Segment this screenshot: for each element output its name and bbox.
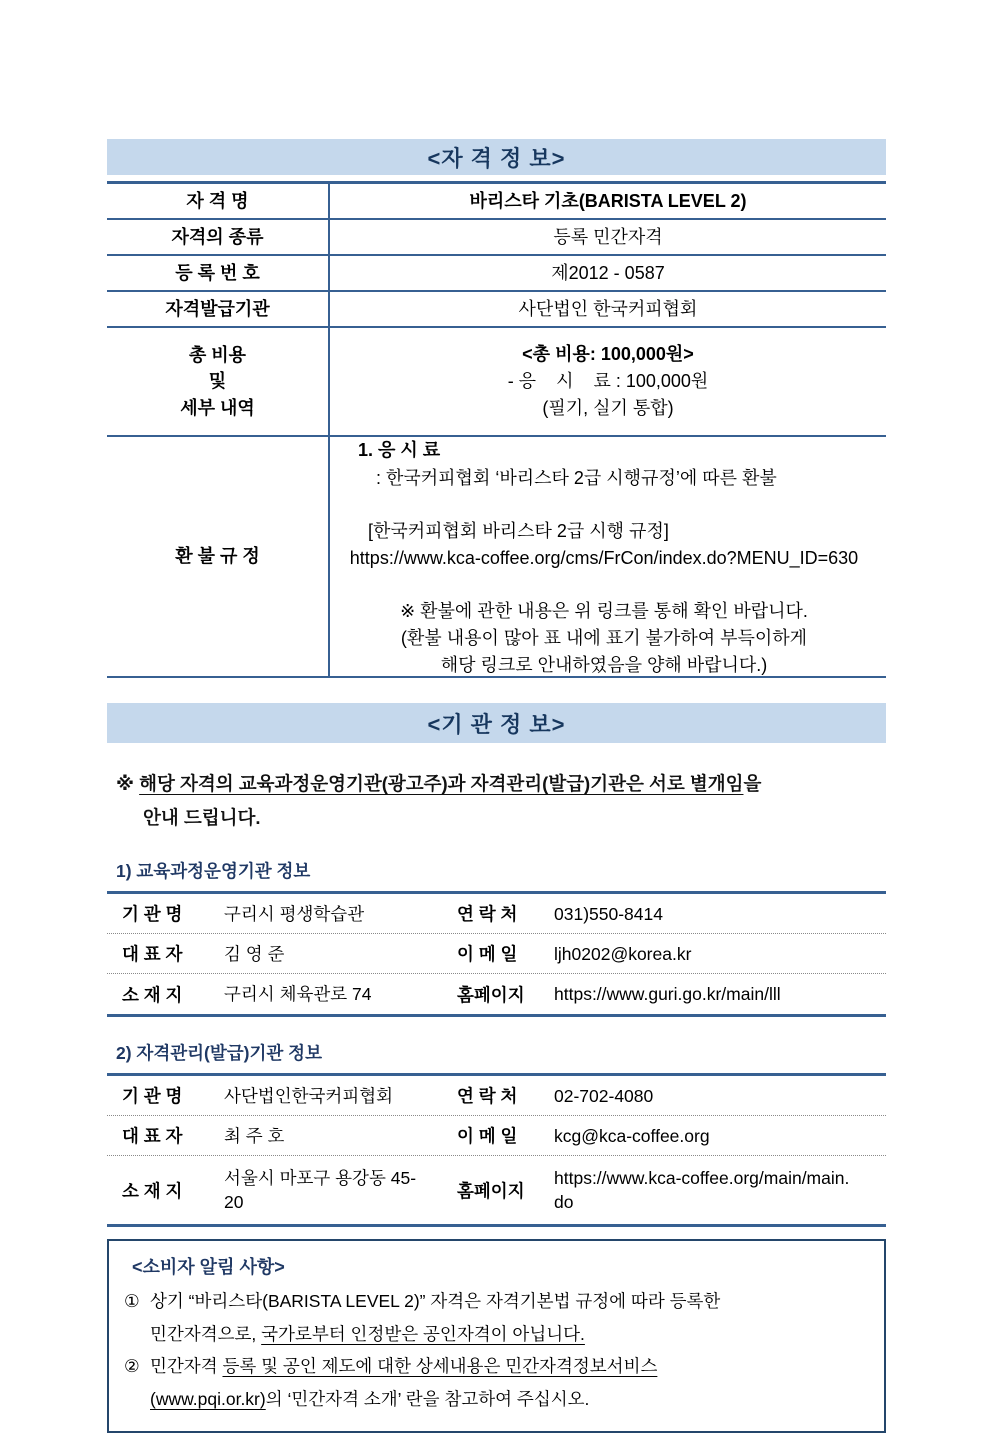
row-label: 자 격 명 [107,184,330,218]
consumer-notice-item-1: ① 상기 “바리스타(BARISTA LEVEL 2)” 자격은 자격기본법 규… [124,1285,866,1350]
consumer-notice-box: <소비자 알림 사항> ① 상기 “바리스타(BARISTA LEVEL 2)”… [107,1239,886,1433]
org-name-label: 기 관 명 [107,901,224,926]
table-row: 소 재 지 구리시 체육관로 74 홈페이지 https://www.guri.… [107,974,886,1014]
consumer-notice-title: <소비자 알림 사항> [124,1253,866,1279]
separate-entities-notice: ※ 해당 자격의 교육과정운영기관(광고주)과 자격관리(발급)기관은 서로 별… [107,767,886,835]
refund-note-line3: 해당 링크로 안내하였음을 양해 바랍니다.) [330,652,878,679]
table-row-qualification-type: 자격의 종류 등록 민간자격 [107,220,886,256]
item2-line2-underlined: (www.pqi.or.kr) [150,1389,266,1409]
notice-marker: ※ [116,773,139,794]
row-value: 바리스타 기초(BARISTA LEVEL 2) [330,184,886,218]
item2-line1-plain: 민간자격 [150,1356,222,1376]
refund-regulation-title: [한국커피협회 바리스타 2급 시행 규정] [368,518,878,545]
representative-label: 대 표 자 [107,1123,224,1148]
representative-value: 최 주 호 [224,1124,457,1149]
table-row-issuing-org: 자격발급기관 사단법인 한국커피협회 [107,292,886,328]
edu-org-table: 기 관 명 구리시 평생학습관 연 락 처 031)550-8414 대 표 자… [107,891,886,1017]
qualification-table: 자 격 명 바리스타 기초(BARISTA LEVEL 2) 자격의 종류 등록… [107,181,886,678]
row-label: 총 비용 및 세부 내역 [107,328,330,435]
table-row: 대 표 자 최 주 호 이 메 일 kcg@kca-coffee.org [107,1116,886,1156]
item1-marker: ① [124,1285,150,1350]
refund-note-line1: ※ 환불에 관한 내용은 위 링크를 통해 확인 바랍니다. [330,598,878,625]
row-value: 제2012 - 0587 [330,256,886,290]
email-value: kcg@kca-coffee.org [554,1124,854,1149]
homepage-value: https://www.kca-coffee.org/main/main.do [554,1166,854,1215]
table-row: 기 관 명 구리시 평생학습관 연 락 처 031)550-8414 [107,894,886,934]
document-page: <자 격 정 보> 자 격 명 바리스타 기초(BARISTA LEVEL 2)… [107,0,886,1433]
issuer-org-table: 기 관 명 사단법인한국커피협회 연 락 처 02-702-4080 대 표 자… [107,1073,886,1227]
table-row-total-cost: 총 비용 및 세부 내역 <총 비용: 100,000원> - 응 시 료 : … [107,328,886,437]
issuer-org-heading: 2) 자격관리(발급)기관 정보 [107,1040,886,1065]
fee-note-line: (필기, 실기 통합) [542,395,673,422]
contact-value: 031)550-8414 [554,902,854,927]
homepage-label: 홈페이지 [457,982,554,1007]
contact-label: 연 락 처 [457,1083,554,1108]
row-label: 환 불 규 정 [107,437,330,676]
table-row: 소 재 지 서울시 마포구 용강동 45-20 홈페이지 https://www… [107,1156,886,1224]
item1-line2-underlined: 국가로부터 인정받은 공인자격이 아닙니다. [261,1324,585,1344]
table-row-qualification-name: 자 격 명 바리스타 기초(BARISTA LEVEL 2) [107,184,886,220]
refund-regulation-url: https://www.kca-coffee.org/cms/FrCon/ind… [330,545,878,572]
institution-section-banner: <기 관 정 보> [107,703,886,743]
row-value: 사단법인 한국커피협회 [330,292,886,326]
institution-section-title: <기 관 정 보> [427,708,565,739]
item2-line1-underlined: 등록 및 공인 제도에 대한 상세내용은 민간자격정보서비스 [222,1356,657,1376]
notice-rest-text: 을 [743,773,761,794]
org-name-value: 구리시 평생학습관 [224,902,457,927]
email-label: 이 메 일 [457,941,554,966]
email-label: 이 메 일 [457,1123,554,1148]
total-cost-headline: <총 비용: 100,000원> [522,341,694,368]
row-label: 자격의 종류 [107,220,330,254]
notice-line2: 안내 드립니다. [116,807,261,828]
representative-label: 대 표 자 [107,941,224,966]
qualification-section-title: <자 격 정 보> [427,142,565,173]
row-label: 자격발급기관 [107,292,330,326]
contact-value: 02-702-4080 [554,1084,854,1109]
consumer-notice-item-2: ② 민간자격 등록 및 공인 제도에 대한 상세내용은 민간자격정보서비스 (w… [124,1350,866,1415]
edu-org-heading: 1) 교육과정운영기관 정보 [107,858,886,883]
homepage-value: https://www.guri.go.kr/main/lll [554,982,854,1007]
address-label: 소 재 지 [107,1178,224,1203]
homepage-label: 홈페이지 [457,1178,554,1203]
contact-label: 연 락 처 [457,901,554,926]
item1-line2-plain: 민간자격으로, [150,1324,261,1344]
org-name-value: 사단법인한국커피협회 [224,1084,457,1109]
row-label: 등 록 번 호 [107,256,330,290]
address-value: 서울시 마포구 용강동 45-20 [224,1166,457,1215]
qualification-section-banner: <자 격 정 보> [107,139,886,175]
item1-line1: 상기 “바리스타(BARISTA LEVEL 2)” 자격은 자격기본법 규정에… [150,1291,720,1311]
address-label: 소 재 지 [107,982,224,1007]
email-value: ljh0202@korea.kr [554,942,854,967]
refund-note-line2: (환불 내용이 많아 표 내에 표기 불가하여 부득이하게 [330,625,878,652]
item2-line2-rest: 의 ‘민간자격 소개’ 란을 참고하여 주십시오. [266,1389,590,1409]
table-row-refund-policy: 환 불 규 정 1. 응 시 료 : 한국커피협회 ‘바리스타 2급 시행규정’… [107,437,886,678]
item2-marker: ② [124,1350,150,1415]
representative-value: 김 영 준 [224,942,457,967]
address-value: 구리시 체육관로 74 [224,982,457,1007]
exam-fee-line: - 응 시 료 : 100,000원 [508,368,709,395]
refund-rule-line: : 한국커피협회 ‘바리스타 2급 시행규정’에 따른 환불 [376,465,878,492]
table-row: 기 관 명 사단법인한국커피협회 연 락 처 02-702-4080 [107,1076,886,1116]
row-value: 등록 민간자격 [330,220,886,254]
table-row-registration-number: 등 록 번 호 제2012 - 0587 [107,256,886,292]
refund-item-heading: 1. 응 시 료 [358,437,878,464]
table-row: 대 표 자 김 영 준 이 메 일 ljh0202@korea.kr [107,934,886,974]
org-name-label: 기 관 명 [107,1083,224,1108]
notice-underlined-text: 해당 자격의 교육과정운영기관(광고주)과 자격관리(발급)기관은 서로 별개임 [139,773,743,794]
